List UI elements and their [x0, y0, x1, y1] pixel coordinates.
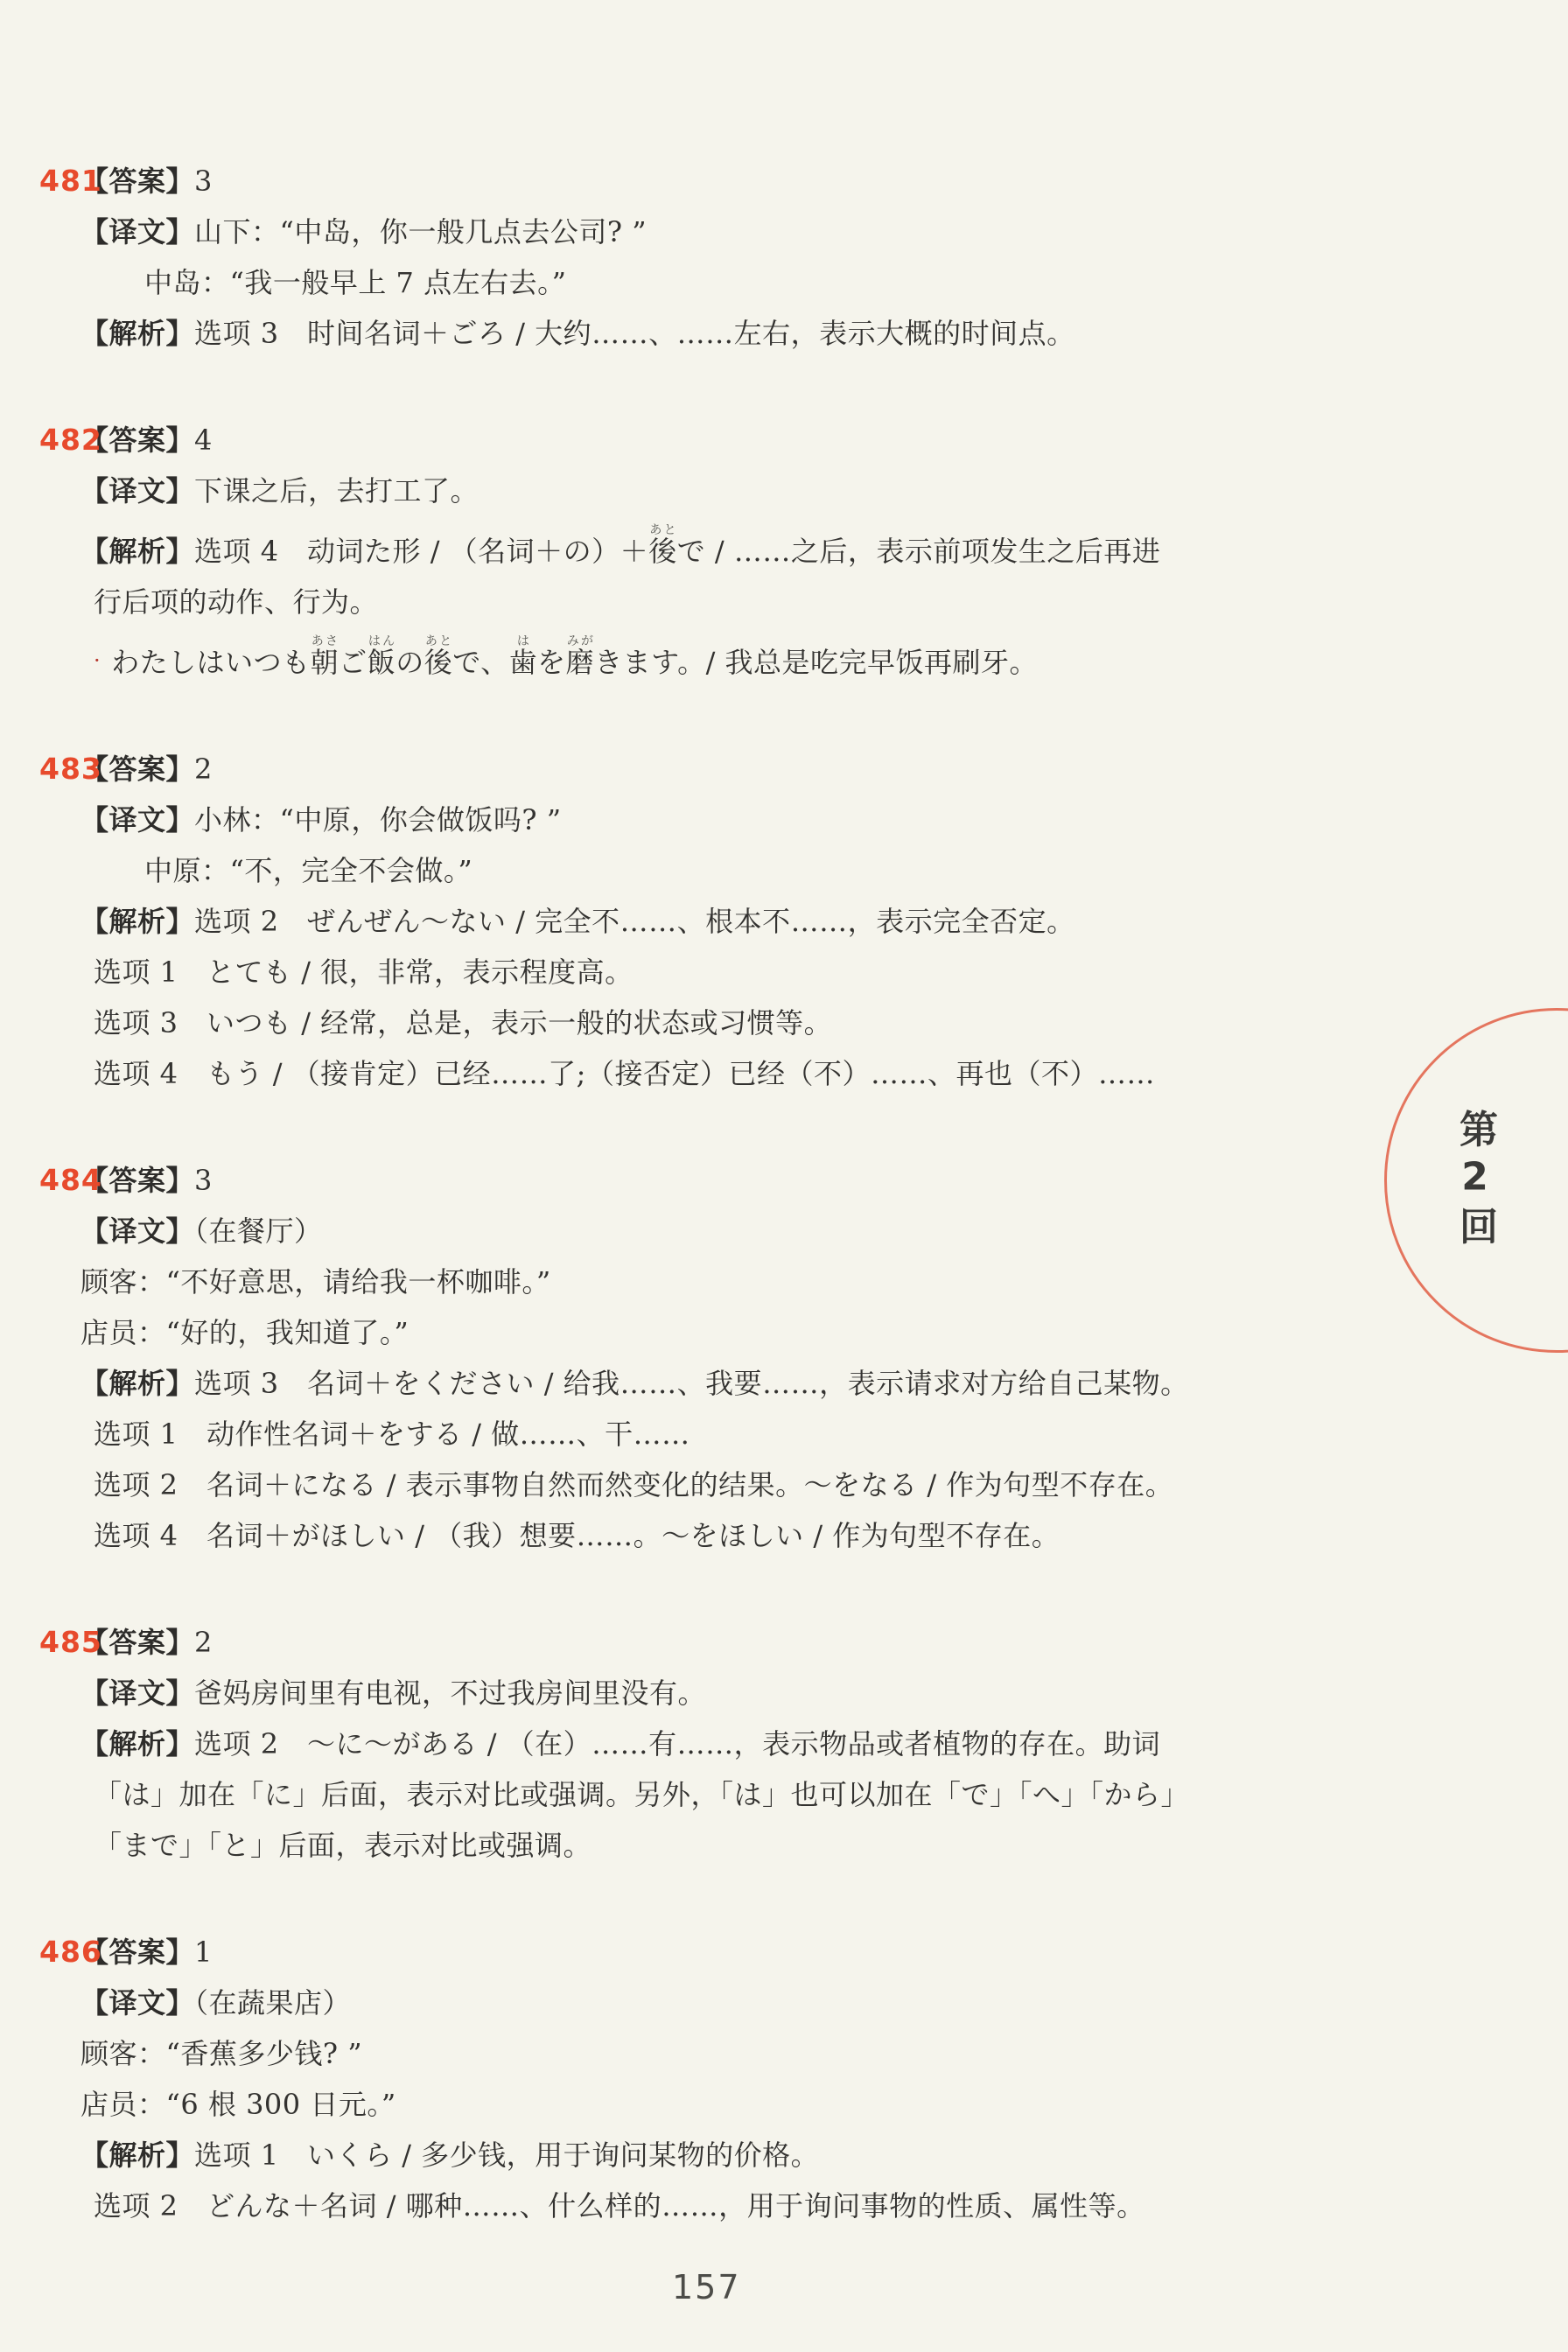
dialogue-line: 店员：“好的，我知道了。”	[80, 1307, 1568, 1358]
analysis-line: 【解析】选项 4 动词た形 / （名词＋の）＋後あとで / ……之后，表示前项发…	[80, 523, 1568, 577]
translation-text: 小林：“中原，你会做饭吗? ”	[194, 803, 562, 836]
dialogue-line: 中原：“不，完全不会做。”	[144, 845, 1568, 896]
option-line: 选项 2 名词＋になる / 表示事物自然而然变化的结果。～をなる / 作为句型不…	[94, 1459, 1568, 1510]
analysis-text-with-furigana: 选项 4 动词た形 / （名词＋の）＋後あとで / ……之后，表示前项发生之后再…	[194, 535, 1160, 568]
answer-line: 【答案】1	[80, 1927, 1568, 1977]
translation-text: （在餐厅）	[194, 1214, 323, 1248]
analysis-text: 选项 2 ～に～がある / （在）……有……，表示物品或者植物的存在。助词	[194, 1727, 1160, 1760]
analysis-continuation-line: 「まで」「と」后面，表示对比或强调。	[94, 1820, 1568, 1871]
page-number: 157	[672, 2268, 741, 2306]
translation-text: 山下：“中岛，你一般几点去公司? ”	[194, 215, 647, 248]
translation-line: 【译文】下课之后，去打工了。	[80, 465, 1568, 516]
translation-label: 【译文】	[80, 1986, 194, 2019]
answer-item-485: 485 【答案】2 【译文】爸妈房间里有电视，不过我房间里没有。 【解析】选项 …	[0, 1617, 1568, 1871]
item-number: 481	[39, 156, 102, 206]
answer-value: 1	[194, 1935, 213, 1969]
analysis-label: 【解析】	[80, 1727, 194, 1760]
answer-line: 【答案】4	[80, 415, 1568, 465]
translation-line: 【译文】（在餐厅）	[80, 1206, 1568, 1256]
answer-line: 【答案】3	[80, 156, 1568, 206]
translation-text: 爸妈房间里有电视，不过我房间里没有。	[194, 1676, 706, 1710]
answer-value: 2	[194, 1626, 213, 1659]
analysis-line: 【解析】选项 3 时间名词＋ごろ / 大约……、……左右，表示大概的时间点。	[80, 308, 1568, 359]
analysis-label: 【解析】	[80, 905, 194, 938]
analysis-text: 选项 3 名词＋をください / 给我……、我要……，表示请求对方给自己某物。	[194, 1367, 1189, 1400]
analysis-line: 【解析】选项 2 ぜんぜん～ない / 完全不……、根本不……，表示完全否定。	[80, 896, 1568, 947]
answer-value: 3	[194, 1164, 213, 1197]
dialogue-line: 店员：“6 根 300 日元。”	[80, 2079, 1568, 2130]
translation-line: 【译文】山下：“中岛，你一般几点去公司? ”	[80, 206, 1568, 257]
option-line: 选项 1 动作性名词＋をする / 做……、干……	[94, 1409, 1568, 1459]
analysis-text: 选项 1 いくら / 多少钱，用于询问某物的价格。	[194, 2138, 819, 2172]
option-line: 选项 4 名词＋がほしい / （我）想要……。～をほしい / 作为句型不存在。	[94, 1510, 1568, 1561]
answer-item-484: 484 【答案】3 【译文】（在餐厅） 顾客：“不好意思，请给我一杯咖啡。” 店…	[0, 1155, 1568, 1561]
item-number: 484	[39, 1155, 102, 1206]
bullet-marker: ·	[94, 648, 101, 673]
answer-line: 【答案】2	[80, 1617, 1568, 1668]
item-number: 483	[39, 744, 102, 794]
answer-item-481: 481 【答案】3 【译文】山下：“中岛，你一般几点去公司? ” 中岛：“我一般…	[0, 156, 1568, 359]
translation-label: 【译文】	[80, 1214, 194, 1248]
option-line: 选项 1 とても / 很，非常，表示程度高。	[94, 947, 1568, 997]
answer-value: 2	[194, 752, 213, 786]
translation-text: （在蔬果店）	[194, 1986, 351, 2019]
answer-line: 【答案】2	[80, 744, 1568, 794]
answer-line: 【答案】3	[80, 1155, 1568, 1206]
translation-text: 下课之后，去打工了。	[194, 474, 479, 507]
item-number: 486	[39, 1927, 102, 1977]
analysis-continuation-line: 「は」加在「に」后面，表示对比或强调。另外，「は」也可以加在「で」「へ」「から」	[94, 1769, 1568, 1820]
content-column: 481 【答案】3 【译文】山下：“中岛，你一般几点去公司? ” 中岛：“我一般…	[0, 156, 1568, 2287]
answer-item-486: 486 【答案】1 【译文】（在蔬果店） 顾客：“香蕉多少钱? ” 店员：“6 …	[0, 1927, 1568, 2231]
answer-value: 4	[194, 423, 213, 457]
analysis-line: 【解析】选项 1 いくら / 多少钱，用于询问某物的价格。	[80, 2130, 1568, 2180]
answer-value: 3	[194, 164, 213, 198]
analysis-text: 选项 3 时间名词＋ごろ / 大约……、……左右，表示大概的时间点。	[194, 317, 1075, 350]
dialogue-line: 中岛：“我一般早上 7 点左右去。”	[144, 257, 1568, 308]
translation-label: 【译文】	[80, 803, 194, 836]
item-number: 482	[39, 415, 102, 465]
option-line: 选项 4 もう / （接肯定）已经……了;（接否定）已经（不）……、再也（不）……	[94, 1048, 1568, 1099]
answer-item-483: 483 【答案】2 【译文】小林：“中原，你会做饭吗? ” 中原：“不，完全不会…	[0, 744, 1568, 1099]
translation-label: 【译文】	[80, 1676, 194, 1710]
answer-item-482: 482 【答案】4 【译文】下课之后，去打工了。 【解析】选项 4 动词た形 /…	[0, 415, 1568, 688]
analysis-continuation-line: 行后项的动作、行为。	[94, 577, 1568, 627]
analysis-label: 【解析】	[80, 1367, 194, 1400]
translation-line: 【译文】小林：“中原，你会做饭吗? ”	[80, 794, 1568, 845]
example-sentence: ·わたしはいつも朝あさご飯はんの後あとで、歯はを磨みがきます。/ 我总是吃完早饭…	[94, 634, 1568, 688]
translation-line: 【译文】（在蔬果店）	[80, 1977, 1568, 2028]
analysis-line: 【解析】选项 3 名词＋をください / 给我……、我要……，表示请求对方给自己某…	[80, 1358, 1568, 1409]
analysis-label: 【解析】	[80, 2138, 194, 2172]
round-badge-text: 第2回	[1446, 1109, 1502, 1252]
analysis-label: 【解析】	[80, 535, 194, 568]
item-number: 485	[39, 1617, 102, 1668]
dialogue-line: 顾客：“不好意思，请给我一杯咖啡。”	[80, 1256, 1568, 1307]
option-line: 选项 3 いつも / 经常，总是，表示一般的状态或习惯等。	[94, 997, 1568, 1048]
translation-line: 【译文】爸妈房间里有电视，不过我房间里没有。	[80, 1668, 1568, 1718]
analysis-line: 【解析】选项 2 ～に～がある / （在）……有……，表示物品或者植物的存在。助…	[80, 1718, 1568, 1769]
translation-label: 【译文】	[80, 215, 194, 248]
option-line: 选项 2 どんな＋名词 / 哪种……、什么样的……，用于询问事物的性质、属性等。	[94, 2180, 1568, 2231]
analysis-label: 【解析】	[80, 317, 194, 350]
analysis-text: 选项 2 ぜんぜん～ない / 完全不……、根本不……，表示完全否定。	[194, 905, 1075, 938]
example-text-with-furigana: わたしはいつも朝あさご飯はんの後あとで、歯はを磨みがきます。/ 我总是吃完早饭再…	[111, 646, 1038, 679]
dialogue-line: 顾客：“香蕉多少钱? ”	[80, 2028, 1568, 2079]
translation-label: 【译文】	[80, 474, 194, 507]
